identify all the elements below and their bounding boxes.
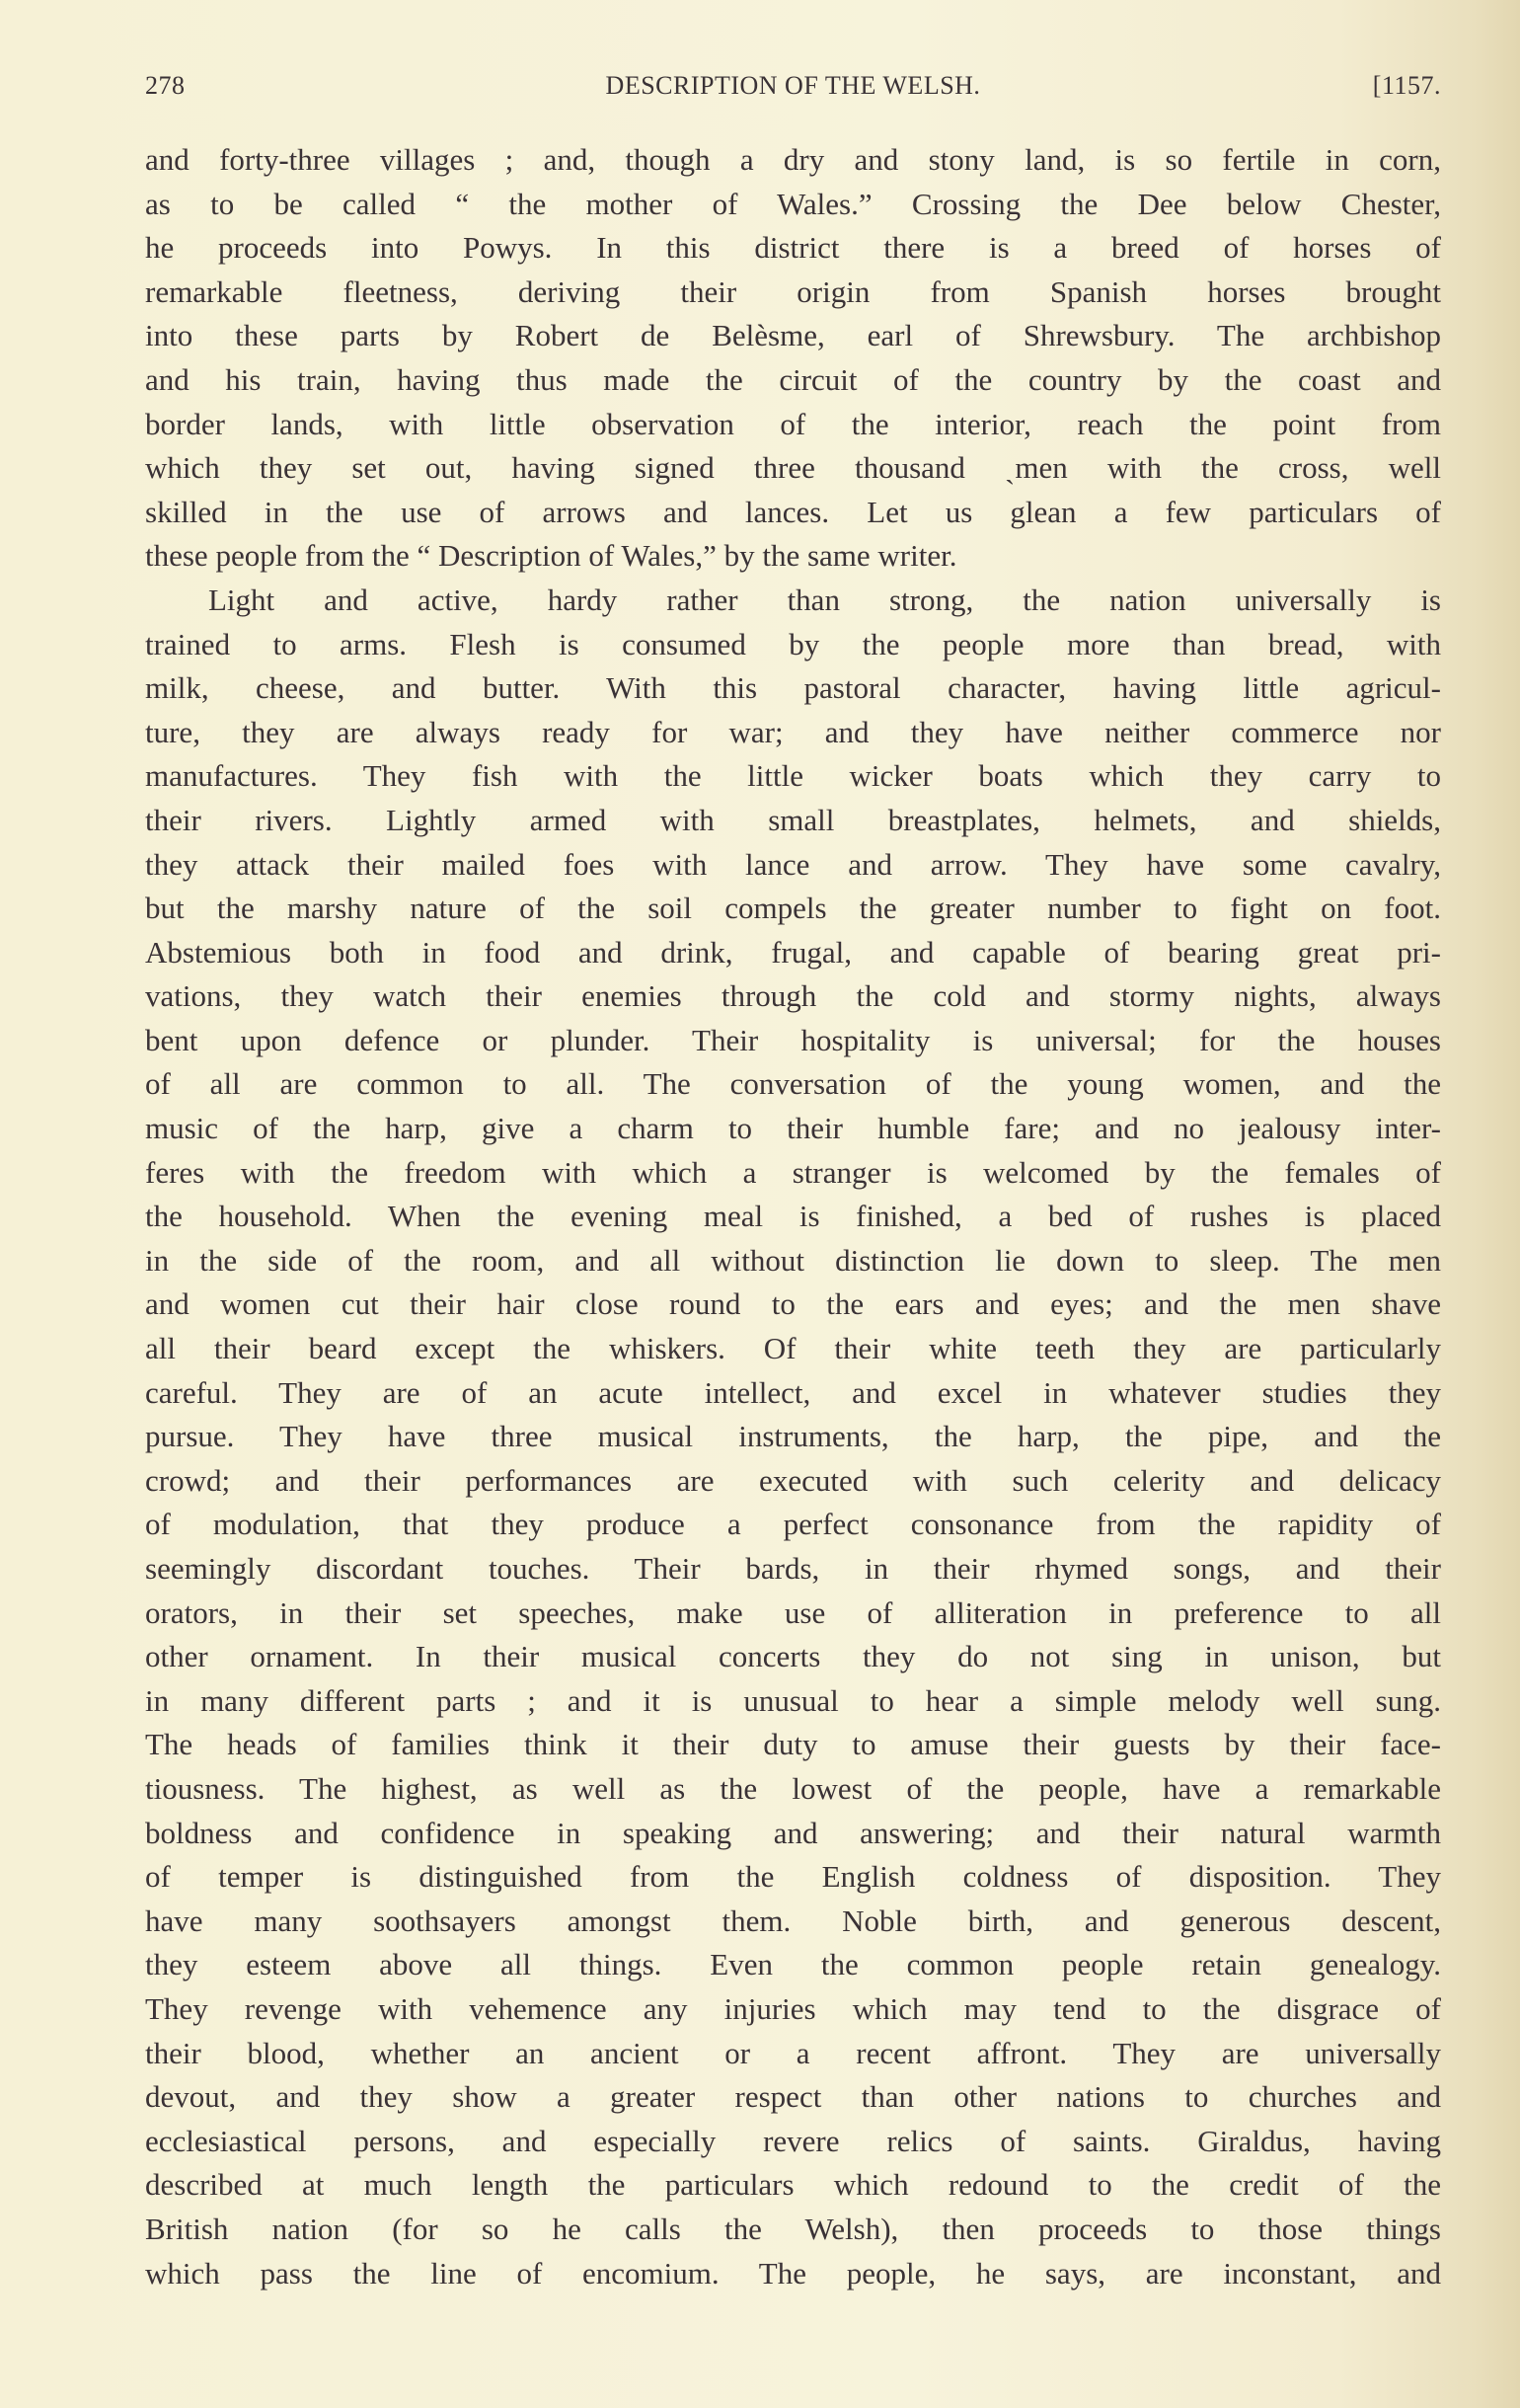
text-line: and forty-three villages ; and, though a…	[145, 138, 1441, 183]
text-line: all their beard except the whiskers. Of …	[145, 1327, 1441, 1371]
text-line: of all are common to all. The conversati…	[145, 1062, 1441, 1107]
year-marker: [1157.	[1373, 71, 1441, 101]
text-line: these people from the “ Description of W…	[145, 534, 1441, 579]
text-line: orators, in their set speeches, make use…	[145, 1592, 1441, 1636]
text-line: pursue. They have three musical instrume…	[145, 1415, 1441, 1459]
text-line: in many different parts ; and it is unus…	[145, 1679, 1441, 1724]
text-line: their blood, whether an ancient or a rec…	[145, 2032, 1441, 2076]
body-text: and forty-three villages ; and, though a…	[145, 138, 1441, 2295]
text-line: and his train, having thus made the circ…	[145, 358, 1441, 403]
text-line: milk, cheese, and butter. With this past…	[145, 666, 1441, 711]
text-line: ture, they are always ready for war; and…	[145, 711, 1441, 755]
text-line: their rivers. Lightly armed with small b…	[145, 799, 1441, 843]
text-line: British nation (for so he calls the Wels…	[145, 2208, 1441, 2252]
text-line: boldness and confidence in speaking and …	[145, 1812, 1441, 1856]
running-header: 278 DESCRIPTION OF THE WELSH. [1157.	[145, 71, 1441, 111]
text-line: they attack their mailed foes with lance…	[145, 843, 1441, 888]
text-line: tiousness. The highest, as well as the l…	[145, 1767, 1441, 1812]
text-line: ecclesiastical persons, and especially r…	[145, 2120, 1441, 2164]
text-line: bent upon defence or plunder. Their hosp…	[145, 1019, 1441, 1063]
text-line: which they set out, having signed three …	[145, 446, 1441, 491]
text-line: Abstemious both in food and drink, fruga…	[145, 931, 1441, 975]
text-line: crowd; and their performances are execut…	[145, 1459, 1441, 1504]
paragraph-start-line: Light and active, hardy rather than stro…	[145, 579, 1441, 623]
book-page: 278 DESCRIPTION OF THE WELSH. [1157. and…	[0, 0, 1520, 2408]
text-line: skilled in the use of arrows and lances.…	[145, 491, 1441, 535]
text-line: in the side of the room, and all without…	[145, 1239, 1441, 1283]
text-line: have many soothsayers amongst them. Nobl…	[145, 1900, 1441, 1944]
text-line: seemingly discordant touches. Their bard…	[145, 1547, 1441, 1592]
text-line: into these parts by Robert de Belèsme, e…	[145, 314, 1441, 358]
text-line: as to be called “ the mother of Wales.” …	[145, 183, 1441, 227]
text-line: feres with the freedom with which a stra…	[145, 1151, 1441, 1196]
text-line: They revenge with vehemence any injuries…	[145, 1987, 1441, 2032]
text-line: of modulation, that they produce a perfe…	[145, 1503, 1441, 1547]
text-line: manufactures. They fish with the little …	[145, 754, 1441, 799]
text-line: remarkable fleetness, deriving their ori…	[145, 271, 1441, 315]
text-line: careful. They are of an acute intellect,…	[145, 1371, 1441, 1416]
text-line: border lands, with little observation of…	[145, 403, 1441, 447]
text-line: music of the harp, give a charm to their…	[145, 1107, 1441, 1151]
text-line: other ornament. In their musical concert…	[145, 1635, 1441, 1679]
text-line: the household. When the evening meal is …	[145, 1195, 1441, 1239]
running-title: DESCRIPTION OF THE WELSH.	[145, 71, 1441, 101]
text-line: described at much length the particulars…	[145, 2163, 1441, 2208]
text-line: vations, they watch their enemies throug…	[145, 974, 1441, 1019]
text-line: he proceeds into Powys. In this district…	[145, 226, 1441, 271]
text-line: trained to arms. Flesh is consumed by th…	[145, 623, 1441, 667]
text-line: and women cut their hair close round to …	[145, 1282, 1441, 1327]
text-line: but the marshy nature of the soil compel…	[145, 887, 1441, 931]
text-line: The heads of families think it their dut…	[145, 1723, 1441, 1767]
text-line: devout, and they show a greater respect …	[145, 2075, 1441, 2120]
text-line: which pass the line of encomium. The peo…	[145, 2252, 1441, 2296]
text-line: they esteem above all things. Even the c…	[145, 1943, 1441, 1987]
text-line: of temper is distinguished from the Engl…	[145, 1855, 1441, 1900]
